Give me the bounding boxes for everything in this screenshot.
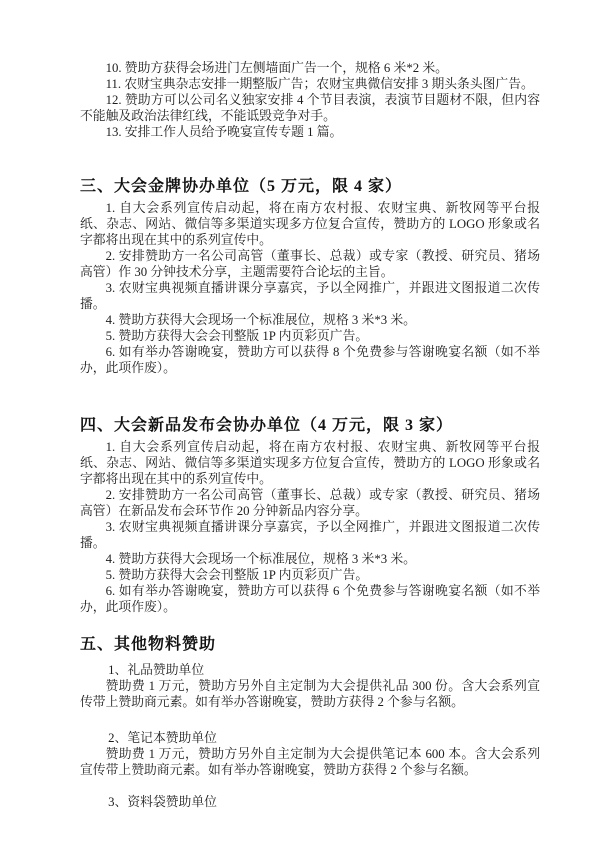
section-heading-other-materials: 五、其他物料赞助 (80, 634, 540, 656)
launch-item-5: 5. 赞助方获得大会会刊整版 1P 内页彩页广告。 (80, 567, 540, 583)
materials-sub-body-gifts: 赞助费 1 万元，赞助方另外自主定制为大会提供礼品 300 份。含大会系列宣传带… (80, 678, 540, 710)
materials-sub-title-gifts: 1、礼品赞助单位 (80, 662, 540, 678)
launch-item-1: 1. 自大会系列宣传启动起，将在南方农村报、农财宝典、新牧网等平台报纸、杂志、网… (80, 439, 540, 487)
materials-sub-body-notebooks: 赞助费 1 万元，赞助方另外自主定制为大会提供笔记本 600 本。含大会系列宣传… (80, 746, 540, 778)
gold-item-2: 2. 安排赞助方一名公司高管（董事长、总裁）或专家（教授、研究员、猪场高管）作 … (80, 248, 540, 280)
gold-item-4: 4. 赞助方获得大会现场一个标准展位，规格 3 米*3 米。 (80, 312, 540, 328)
materials-sub-title-notebooks: 2、笔记本赞助单位 (80, 730, 540, 746)
gold-item-5: 5. 赞助方获得大会会刊整版 1P 内页彩页广告。 (80, 328, 540, 344)
launch-item-2: 2. 安排赞助方一名公司高管（董事长、总裁）或专家（教授、研究员、猪场高管）在新… (80, 487, 540, 519)
gold-item-1: 1. 自大会系列宣传启动起，将在南方农村报、农财宝典、新牧网等平台报纸、杂志、网… (80, 200, 540, 248)
gold-item-6: 6. 如有举办答谢晚宴，赞助方可以获得 8 个免费参与答谢晚宴名额（如不举办，此… (80, 344, 540, 376)
list-item-12: 12. 赞助方可以公司名义独家安排 4 个节目表演，表演节目题材不限，但内容不能… (80, 92, 540, 124)
section-heading-gold-sponsor: 三、大会金牌协办单位（5 万元，限 4 家） (80, 176, 540, 198)
list-item-10: 10. 赞助方获得会场进门左侧墙面广告一个，规格 6 米*2 米。 (80, 60, 540, 76)
list-item-13: 13. 安排工作人员给予晚宴宣传专题 1 篇。 (80, 124, 540, 140)
materials-sub-title-document-bags: 3、资料袋赞助单位 (80, 794, 540, 810)
list-item-11: 11. 农财宝典杂志安排一期整版广告；农财宝典微信安排 3 期头条头图广告。 (80, 76, 540, 92)
section-heading-product-launch-sponsor: 四、大会新品发布会协办单位（4 万元，限 3 家） (80, 415, 540, 437)
gold-item-3: 3. 农财宝典视频直播讲课分享嘉宾，予以全网推广，并跟进文图报道二次传播。 (80, 280, 540, 312)
document-body: 10. 赞助方获得会场进门左侧墙面广告一个，规格 6 米*2 米。 11. 农财… (80, 60, 540, 810)
launch-item-3: 3. 农财宝典视频直播讲课分享嘉宾，予以全网推广，并跟进文图报道二次传播。 (80, 519, 540, 551)
launch-item-4: 4. 赞助方获得大会现场一个标准展位，规格 3 米*3 米。 (80, 551, 540, 567)
document-page: 10. 赞助方获得会场进门左侧墙面广告一个，规格 6 米*2 米。 11. 农财… (0, 0, 600, 848)
launch-item-6: 6. 如有举办答谢晚宴，赞助方可以获得 6 个免费参与答谢晚宴名额（如不举办，此… (80, 583, 540, 615)
